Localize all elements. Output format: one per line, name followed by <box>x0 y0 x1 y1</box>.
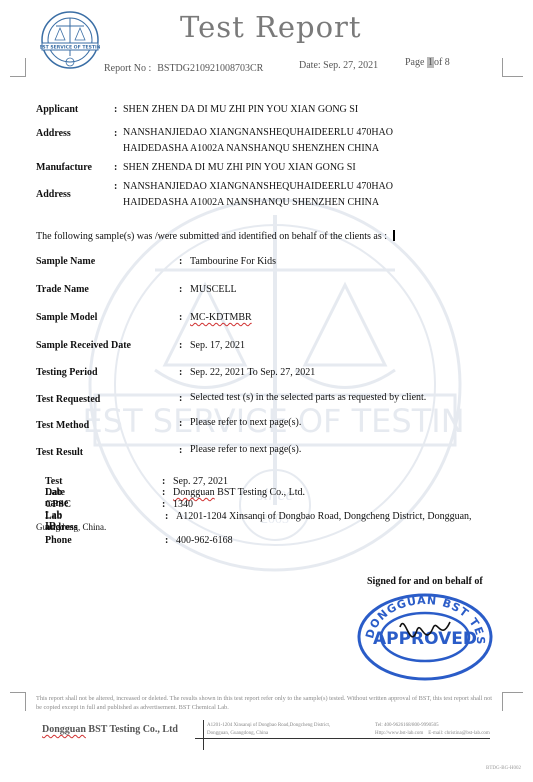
intro-text: The following sample(s) was /were submit… <box>36 230 395 242</box>
report-number-label: Report No : <box>104 63 151 74</box>
report-number-value: BSTDG210921008703CR <box>157 63 263 74</box>
footer-contact: Tel: 400-9626168/800-9990505 Http://www.… <box>375 722 490 738</box>
crop-mark-top-right <box>502 58 523 77</box>
company-logo: BEST SERVICE OF TESTING <box>40 10 100 70</box>
footer-disclaimer: This report shall not be altered, increa… <box>36 694 496 712</box>
current-page-number: 1 <box>427 57 434 68</box>
footer-website: Http://www.bst-lab.com <box>375 731 423 736</box>
svg-text:APPROVED: APPROVED <box>373 629 477 649</box>
footer-divider-vertical <box>203 720 204 750</box>
document-code: BTDG-BG-H002 <box>486 766 521 771</box>
page-title: Test Report <box>180 10 362 44</box>
footer-email: E-mail: christina@bst-lab.com <box>428 731 490 736</box>
footer-address: A1201-1204 Xinsanqi of Dongbao Road,Dong… <box>207 722 330 738</box>
crop-mark-bottom-left <box>10 692 26 711</box>
report-number: Report No :BSTDG210921008703CR <box>104 63 263 74</box>
footer-company: Dongguan BST Testing Co., Ltd <box>42 724 178 735</box>
footer-divider-horizontal <box>195 738 490 739</box>
signed-label: Signed for and on behalf of <box>367 576 483 587</box>
lab-address-line2: Guangdong, China. <box>36 522 106 532</box>
text-cursor <box>393 230 395 241</box>
svg-text:BEST SERVICE OF TESTING: BEST SERVICE OF TESTING <box>40 45 100 51</box>
crop-mark-bottom-right <box>502 692 523 711</box>
report-date: Date: Sep. 27, 2021 <box>299 60 378 71</box>
crop-mark-top-left <box>10 58 26 77</box>
approved-stamp: DONGGUAN BST TESTING CO. APPROVED <box>355 592 495 682</box>
page-indicator: Page 1of 8 <box>405 57 450 68</box>
